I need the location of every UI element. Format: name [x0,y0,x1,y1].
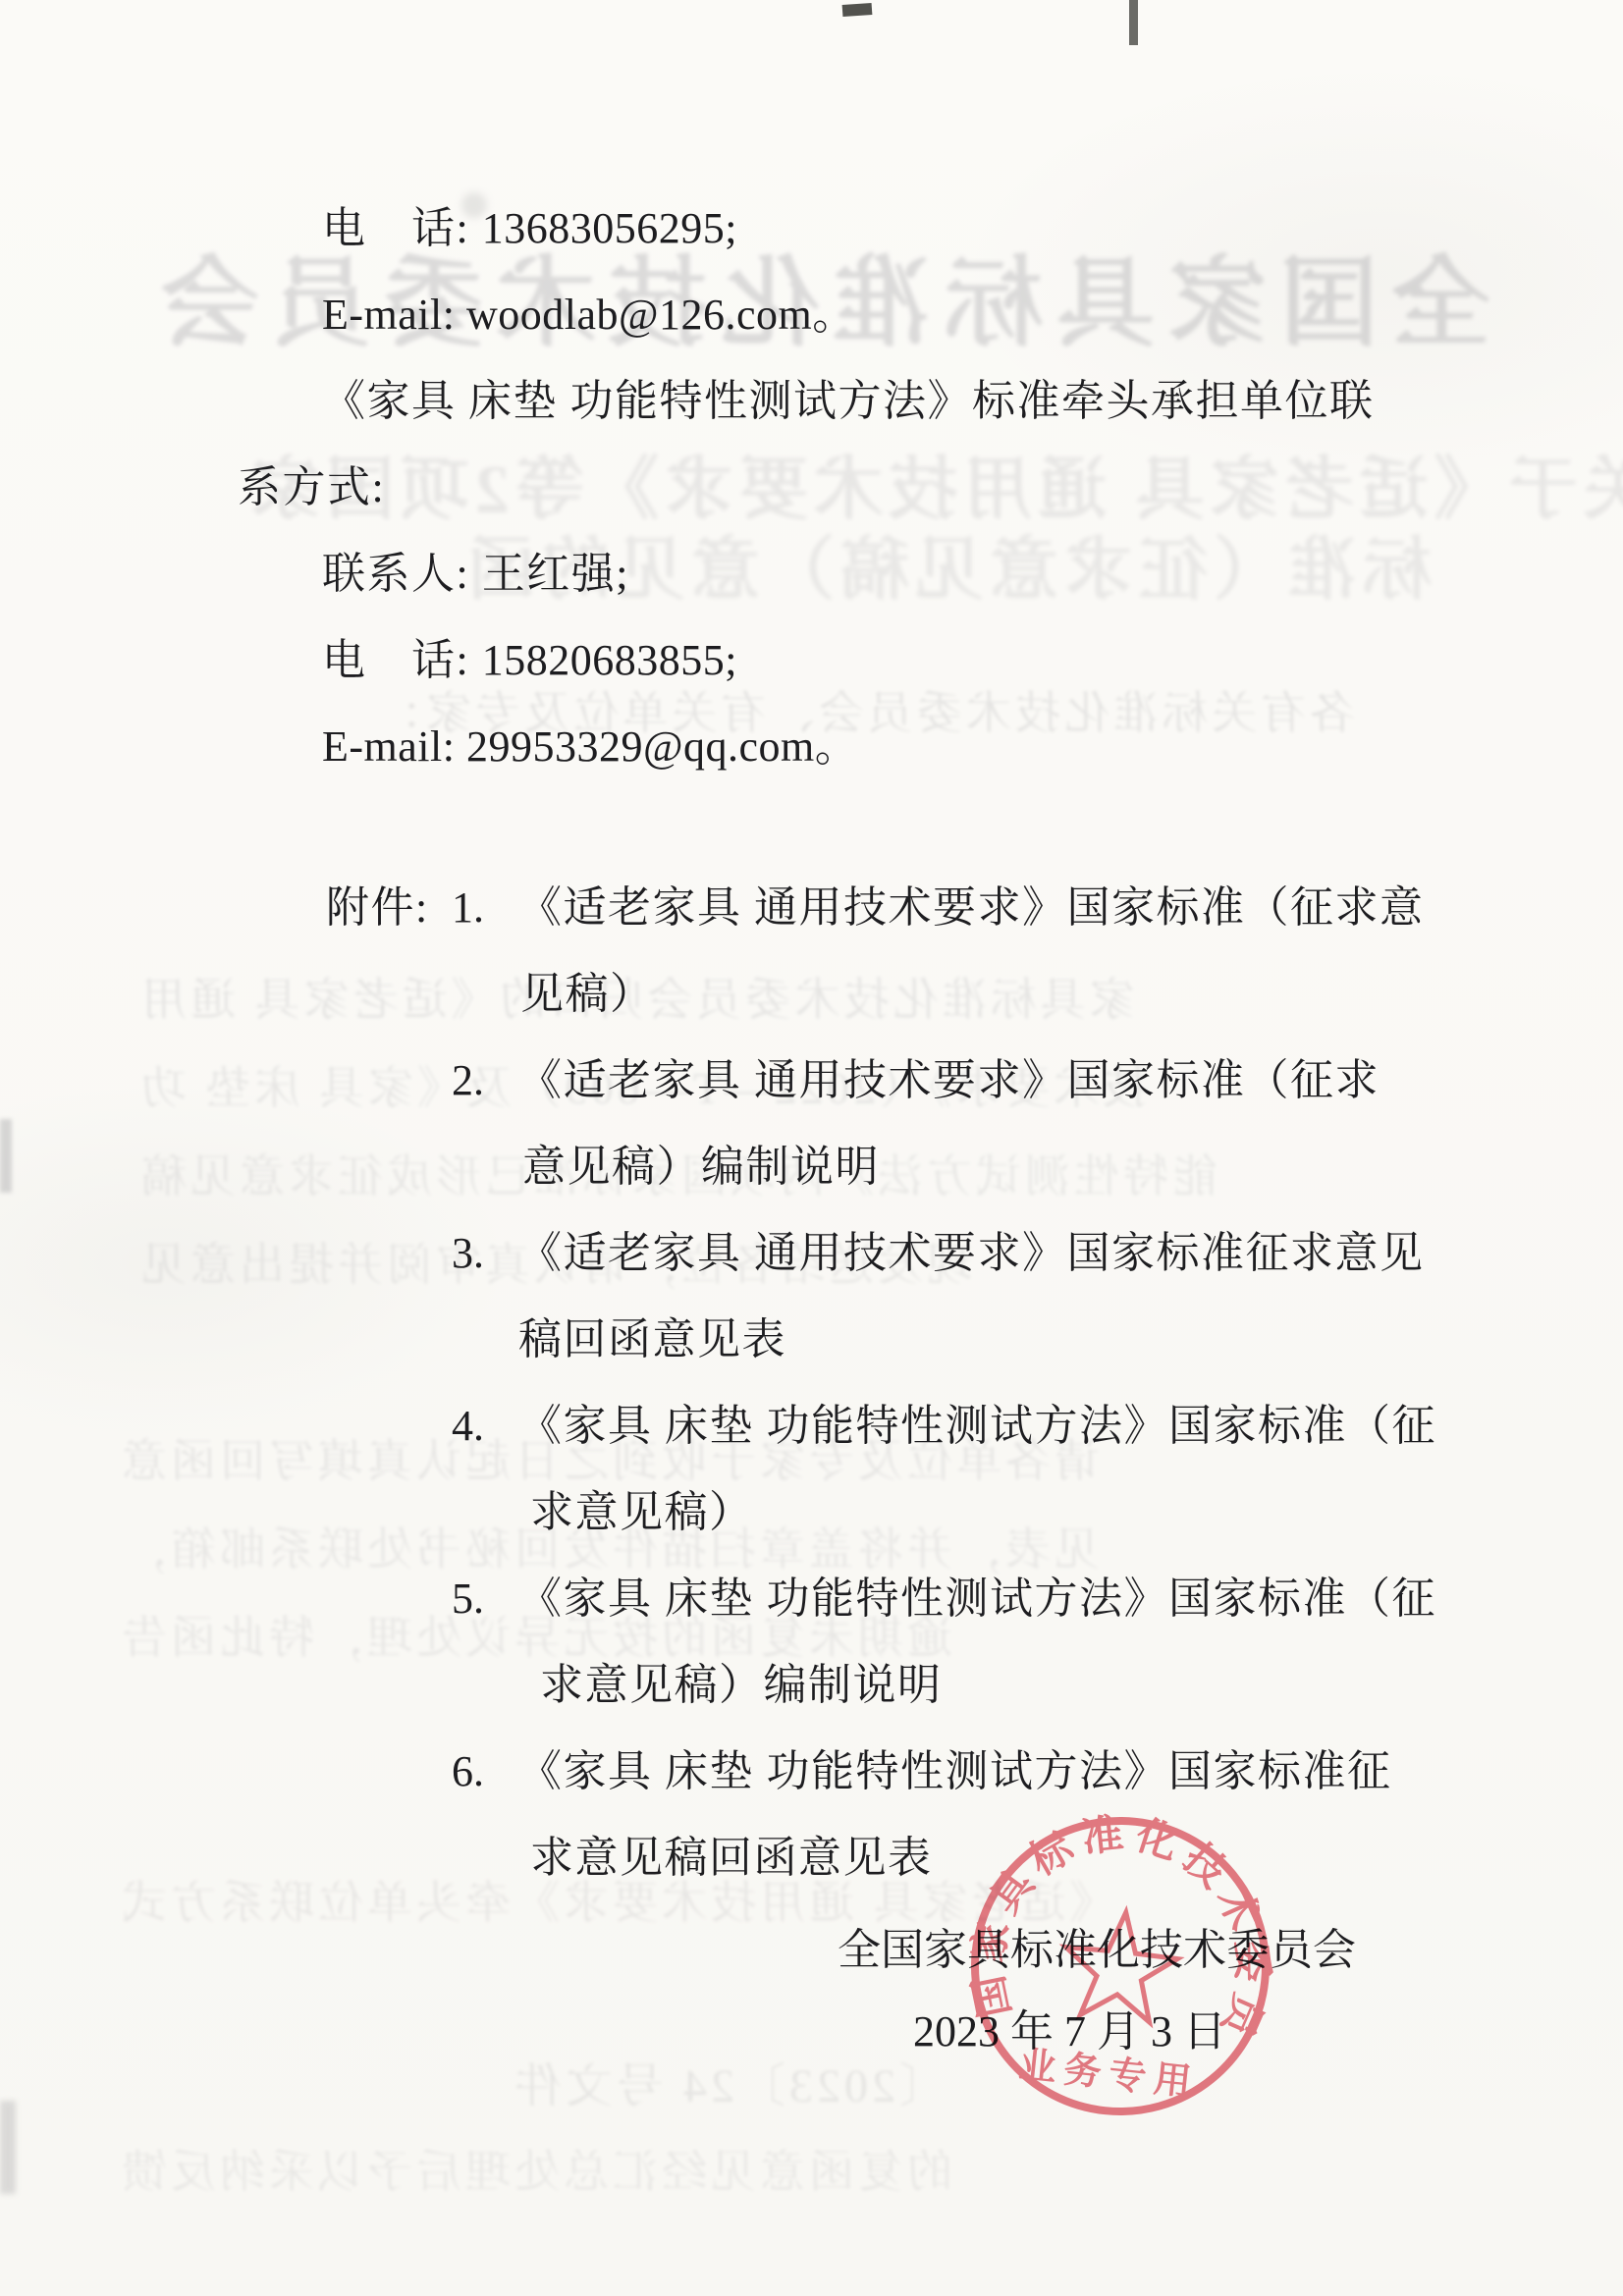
attachment-title: 《适老家具 通用技术要求》国家标准征求意见 [518,1229,1425,1277]
attachment-item: 2.《适老家具 通用技术要求》国家标准（征求 [452,1055,1380,1106]
attachment-item-continuation: 求意见稿）编制说明 [540,1660,943,1711]
mattress-unit-email-line: E-mail: 29953329@qq.com。 [322,721,858,773]
star-outline-icon [1059,1906,1182,2024]
phone-label: 电 话: [322,204,482,252]
attachment-number: 3. [452,1228,518,1279]
scan-smudge [0,2101,16,2194]
svg-text:全国家具标准化技术委员会: 全国家具标准化技术委员会 [937,1783,1296,2052]
contact-person-value: 王红强; [482,550,629,598]
scan-artifact-mark [842,3,873,17]
phone-value: 15820683855; [482,636,737,684]
attachment-item: 5.《家具 床垫 功能特性测试方法》国家标准（征 [452,1574,1436,1625]
attachment-item-continuation: 见稿） [520,969,655,1020]
seal-arc-text: 全国家具标准化技术委员会 [937,1783,1296,2052]
attachment-item: 6.《家具 床垫 功能特性测试方法》国家标准征 [452,1746,1392,1797]
attachment-title: 《适老家具 通用技术要求》国家标准（征求 [518,1056,1380,1104]
attachment-item-continuation: 稿回函意见表 [518,1314,786,1365]
scanned-letter-page: 全国家具标准化技术委员会 关于《适老家具 通用技术要求》等2项国家 标准（征求意… [0,0,1623,2296]
attachment-number: 6. [452,1746,518,1797]
contact-person-label: 联系人: [322,550,482,598]
email-label: E-mail: [322,722,466,771]
attachment-title: 《家具 床垫 功能特性测试方法》国家标准（征 [518,1575,1436,1623]
mattress-unit-intro-line1: 《家具 床垫 功能特性测试方法》标准牵头承担单位联 [322,376,1375,427]
attachment-item-continuation: 求意见稿） [530,1487,754,1538]
attachment-title: 《家具 床垫 功能特性测试方法》国家标准征 [518,1747,1392,1795]
email-label: E-mail: [322,291,466,339]
mattress-unit-intro-line2: 系方式: [238,462,385,513]
attachment-item: 4.《家具 床垫 功能特性测试方法》国家标准（征 [452,1401,1436,1452]
attachment-number: 4. [452,1401,518,1452]
bleed-through-ghost-line: 的复函意见经汇总处理后予以采纳反馈 [118,2136,952,2201]
scan-smudge [0,1119,12,1193]
official-seal: 全国家具标准化技术委员会 业务专用 [937,1783,1304,2150]
mattress-unit-contact-line: 联系人: 王红强; [322,549,629,600]
phone-label: 电 话: [322,636,482,684]
lead-unit-email-line: E-mail: woodlab@126.com。 [322,290,856,341]
seal-bottom-text: 业务专用 [1017,2045,1201,2105]
mattress-unit-phone-line: 电 话: 15820683855; [322,635,737,686]
scan-artifact-mark [1129,0,1138,45]
attachment-number: 2. [452,1055,518,1106]
attachment-item: 3.《适老家具 通用技术要求》国家标准征求意见 [452,1228,1425,1279]
attachment-title: 《适老家具 通用技术要求》国家标准（征求意 [518,883,1425,932]
email-value: 29953329@qq.com。 [466,722,858,771]
attachment-number: 1. [452,882,518,934]
attachment-number: 5. [452,1574,518,1625]
attachment-item-continuation: 意见稿）编制说明 [522,1142,880,1193]
attachment-item-continuation: 求意见稿回函意见表 [530,1833,933,1884]
bleed-through-ghost-line: 〔2023〕24 号文件 [511,2048,947,2115]
attachments-label: 附件: [326,882,429,934]
lead-unit-phone-line: 电 话: 13683056295; [322,203,737,254]
phone-value: 13683056295; [482,204,737,252]
attachment-title: 《家具 床垫 功能特性测试方法》国家标准（征 [518,1402,1436,1450]
email-value: woodlab@126.com。 [466,291,856,339]
attachment-item: 1.《适老家具 通用技术要求》国家标准（征求意 [452,882,1425,934]
